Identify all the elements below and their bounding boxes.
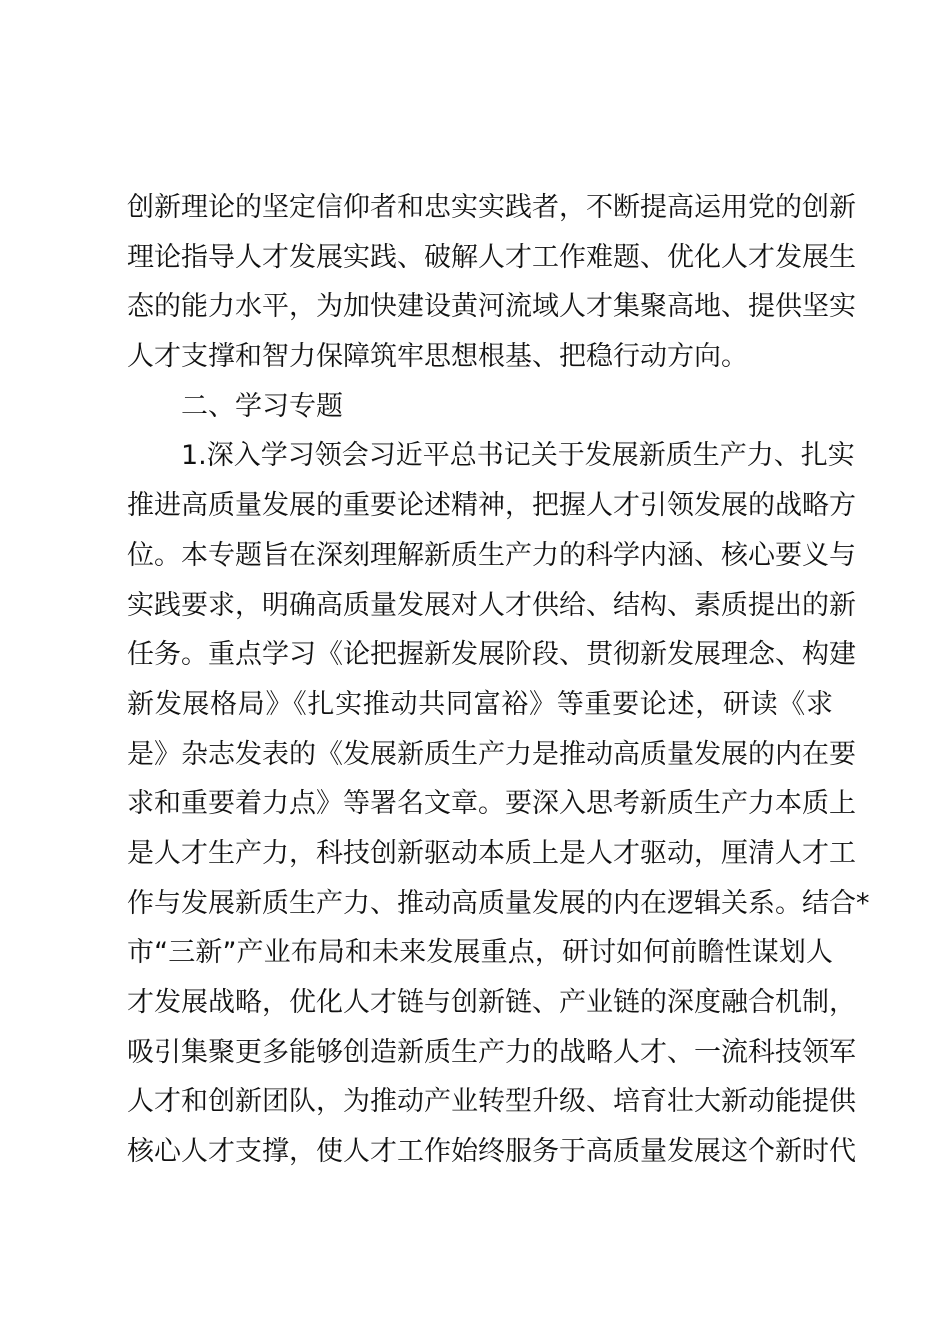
text-line: 实践要求，明确高质量发展对人才供给、结构、素质提出的新 <box>127 581 833 631</box>
text-line: 市“三新”产业布局和未来发展重点，研讨如何前瞻性谋划人 <box>127 928 833 978</box>
text-line: 人才支撑和智力保障筑牢思想根基、把稳行动方向。 <box>127 332 833 382</box>
section-heading-text: 二、学习专题 <box>127 382 833 432</box>
text-line: 理论指导人才发展实践、破解人才工作难题、优化人才发展生 <box>127 233 833 283</box>
text-line: 推进高质量发展的重要论述精神，把握人才引领发展的战略方 <box>127 481 833 531</box>
text-line: 核心人才支撑，使人才工作始终服务于高质量发展这个新时代 <box>127 1127 833 1177</box>
text-line: 吸引集聚更多能够创造新质生产力的战略人才、一流科技领军 <box>127 1028 833 1078</box>
text-line: 位。本专题旨在深刻理解新质生产力的科学内涵、核心要义与 <box>127 531 833 581</box>
text-line: 1.深入学习领会习近平总书记关于发展新质生产力、扎实 <box>127 431 833 481</box>
text-line: 求和重要着力点》等署名文章。要深入思考新质生产力本质上 <box>127 779 833 829</box>
document-page: 创新理论的坚定信仰者和忠实实践者，不断提高运用党的创新 理论指导人才发展实践、破… <box>127 183 833 1177</box>
text-line: 是人才生产力，科技创新驱动本质上是人才驱动，厘清人才工 <box>127 829 833 879</box>
text-line: 作与发展新质生产力、推动高质量发展的内在逻辑关系。结合* <box>127 879 833 929</box>
text-line: 态的能力水平，为加快建设黄河流域人才集聚高地、提供坚实 <box>127 282 833 332</box>
text-line: 任务。重点学习《论把握新发展阶段、贯彻新发展理念、构建 <box>127 630 833 680</box>
paragraph-topic-1: 1.深入学习领会习近平总书记关于发展新质生产力、扎实 推进高质量发展的重要论述精… <box>127 431 833 1176</box>
text-line: 才发展战略，优化人才链与创新链、产业链的深度融合机制， <box>127 978 833 1028</box>
text-line: 人才和创新团队，为推动产业转型升级、培育壮大新动能提供 <box>127 1077 833 1127</box>
text-line: 是》杂志发表的《发展新质生产力是推动高质量发展的内在要 <box>127 730 833 780</box>
text-line: 创新理论的坚定信仰者和忠实实践者，不断提高运用党的创新 <box>127 183 833 233</box>
text-line: 新发展格局》《扎实推动共同富裕》等重要论述，研读《求 <box>127 680 833 730</box>
paragraph-intro-continuation: 创新理论的坚定信仰者和忠实实践者，不断提高运用党的创新 理论指导人才发展实践、破… <box>127 183 833 382</box>
section-heading: 二、学习专题 <box>127 382 833 432</box>
